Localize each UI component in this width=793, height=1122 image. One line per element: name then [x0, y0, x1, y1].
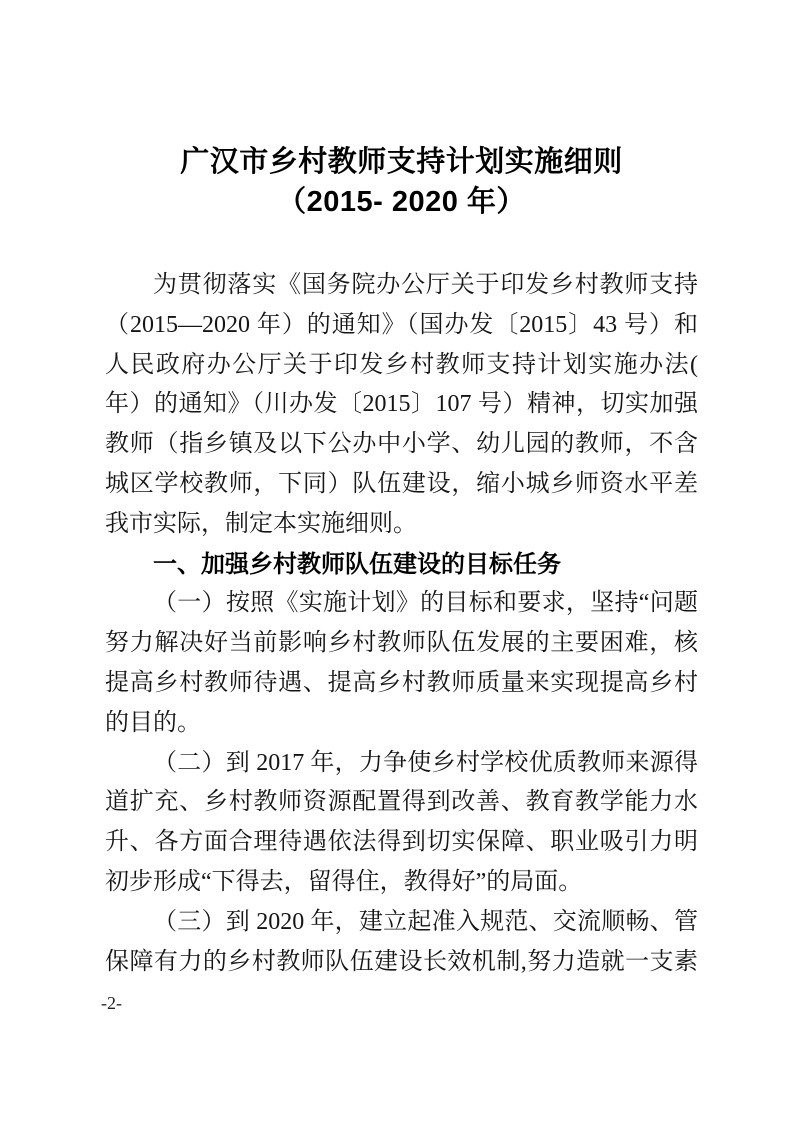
- text-line: 教师（指乡镇及以下公办中小学、幼儿园的教师，不含市区中心: [105, 425, 698, 465]
- text-line: 城区学校教师，下同）队伍建设，缩小城乡师资水平差距，结合: [105, 465, 698, 505]
- page-number: -2-: [101, 993, 122, 1014]
- title-line-2: （2015- 2020 年）: [105, 182, 698, 222]
- document-body: 为贯彻落实《国务院办公厅关于印发乡村教师支持计划（2015—2020 年）的通知…: [105, 266, 698, 982]
- text-line: 保障有力的乡村教师队伍建设长效机制,努力造就一支素质优良、: [105, 943, 698, 983]
- section-heading: 一、加强乡村教师队伍建设的目标任务: [105, 545, 698, 585]
- text-line: 初步形成“下得去，留得住，教得好”的局面。: [105, 863, 698, 903]
- text-line: 我市实际，制定本实施细则。: [105, 505, 698, 545]
- text-line: 为贯彻落实《国务院办公厅关于印发乡村教师支持计划: [105, 266, 698, 306]
- text-line: （2015—2020 年）的通知》（国办发〔2015〕43 号）和《四川省: [105, 306, 698, 346]
- text-line: 年）的通知》（川办发〔2015〕107 号）精神，切实加强乡村学校: [105, 385, 698, 425]
- text-line: 人民政府办公厅关于印发乡村教师支持计划实施办法( 2015-2020: [105, 346, 698, 386]
- text-line: 提高乡村教师待遇、提高乡村教师质量来实现提高乡村教育水平: [105, 664, 698, 704]
- text-line: （一）按照《实施计划》的目标和要求，坚持“问题导向”，: [105, 584, 698, 624]
- text-line: 升、各方面合理待遇依法得到切实保障、职业吸引力明显增强，: [105, 823, 698, 863]
- text-line: 努力解决好当前影响乡村教师队伍发展的主要困难，核心是通过: [105, 624, 698, 664]
- text-line: 的目的。: [105, 704, 698, 744]
- text-line: 道扩充、乡村教师资源配置得到改善、教育教学能力水平稳步提: [105, 783, 698, 823]
- title-line-1: 广汉市乡村教师支持计划实施细则: [105, 142, 698, 182]
- text-line: （二）到 2017 年，力争使乡村学校优质教师来源得到多渠: [105, 744, 698, 784]
- text-line: （三）到 2020 年，建立起准入规范、交流顺畅、管理有序、: [105, 903, 698, 943]
- document-title: 广汉市乡村教师支持计划实施细则 （2015- 2020 年）: [105, 142, 698, 222]
- document-page: 广汉市乡村教师支持计划实施细则 （2015- 2020 年） 为贯彻落实《国务院…: [0, 0, 793, 1122]
